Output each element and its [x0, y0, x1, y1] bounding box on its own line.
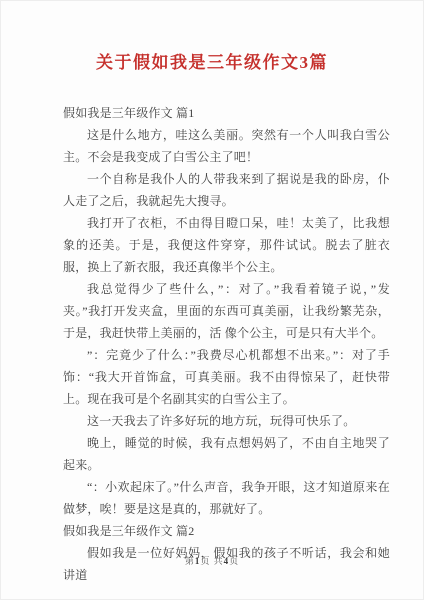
paragraph: 一个自称是我仆人的人带我来到了据说是我的卧房，仆人走了之后，我就起先大搜寻。 — [63, 168, 390, 212]
paragraph: 我打开了衣柜，不由得目瞪口呆，哇！太美了，比我想象的还美。于是，我便这件穿穿，那… — [63, 212, 390, 278]
section-heading: 假如我是三年级作文 篇2 — [63, 520, 390, 542]
footer-suffix: 页 — [229, 556, 239, 566]
document-body: 假如我是三年级作文 篇1 这是什么地方，哇这么美丽。突然有一个人叫我白雪公主。不… — [63, 102, 390, 586]
paragraph: 这是什么地方，哇这么美丽。突然有一个人叫我白雪公主。不会是我变成了白雪公主了吧！ — [63, 124, 390, 168]
page-number-footer: 第1页 共4页 — [0, 554, 424, 567]
document-page: 关于假如我是三年级作文3篇 假如我是三年级作文 篇1 这是什么地方，哇这么美丽。… — [0, 0, 424, 600]
paragraph: 晚上，睡觉的时候，我有点想妈妈了，不由自主地哭了起来。 — [63, 432, 390, 476]
paragraph: ”：完竟少了什么：”我费尽心机都想不出来。”：对了手饰：“我大开首饰盒，可真美丽… — [63, 344, 390, 410]
paragraph: “：小欢起床了。”什么声音，我争开眼，这才知道原来在做梦，唉！要是这是真的，那就… — [63, 476, 390, 520]
footer-prefix: 第 — [185, 556, 195, 566]
paragraph: 这一天我去了许多好玩的地方玩，玩得可快乐了。 — [63, 410, 390, 432]
document-title: 关于假如我是三年级作文3篇 — [0, 0, 424, 76]
footer-mid: 页 共 — [200, 556, 223, 566]
section-heading: 假如我是三年级作文 篇1 — [63, 102, 390, 124]
paragraph: 我总觉得少了些什么，”：对了。”我看着镜子说，”发夹。”我打开发夹盒，里面的东西… — [63, 278, 390, 344]
